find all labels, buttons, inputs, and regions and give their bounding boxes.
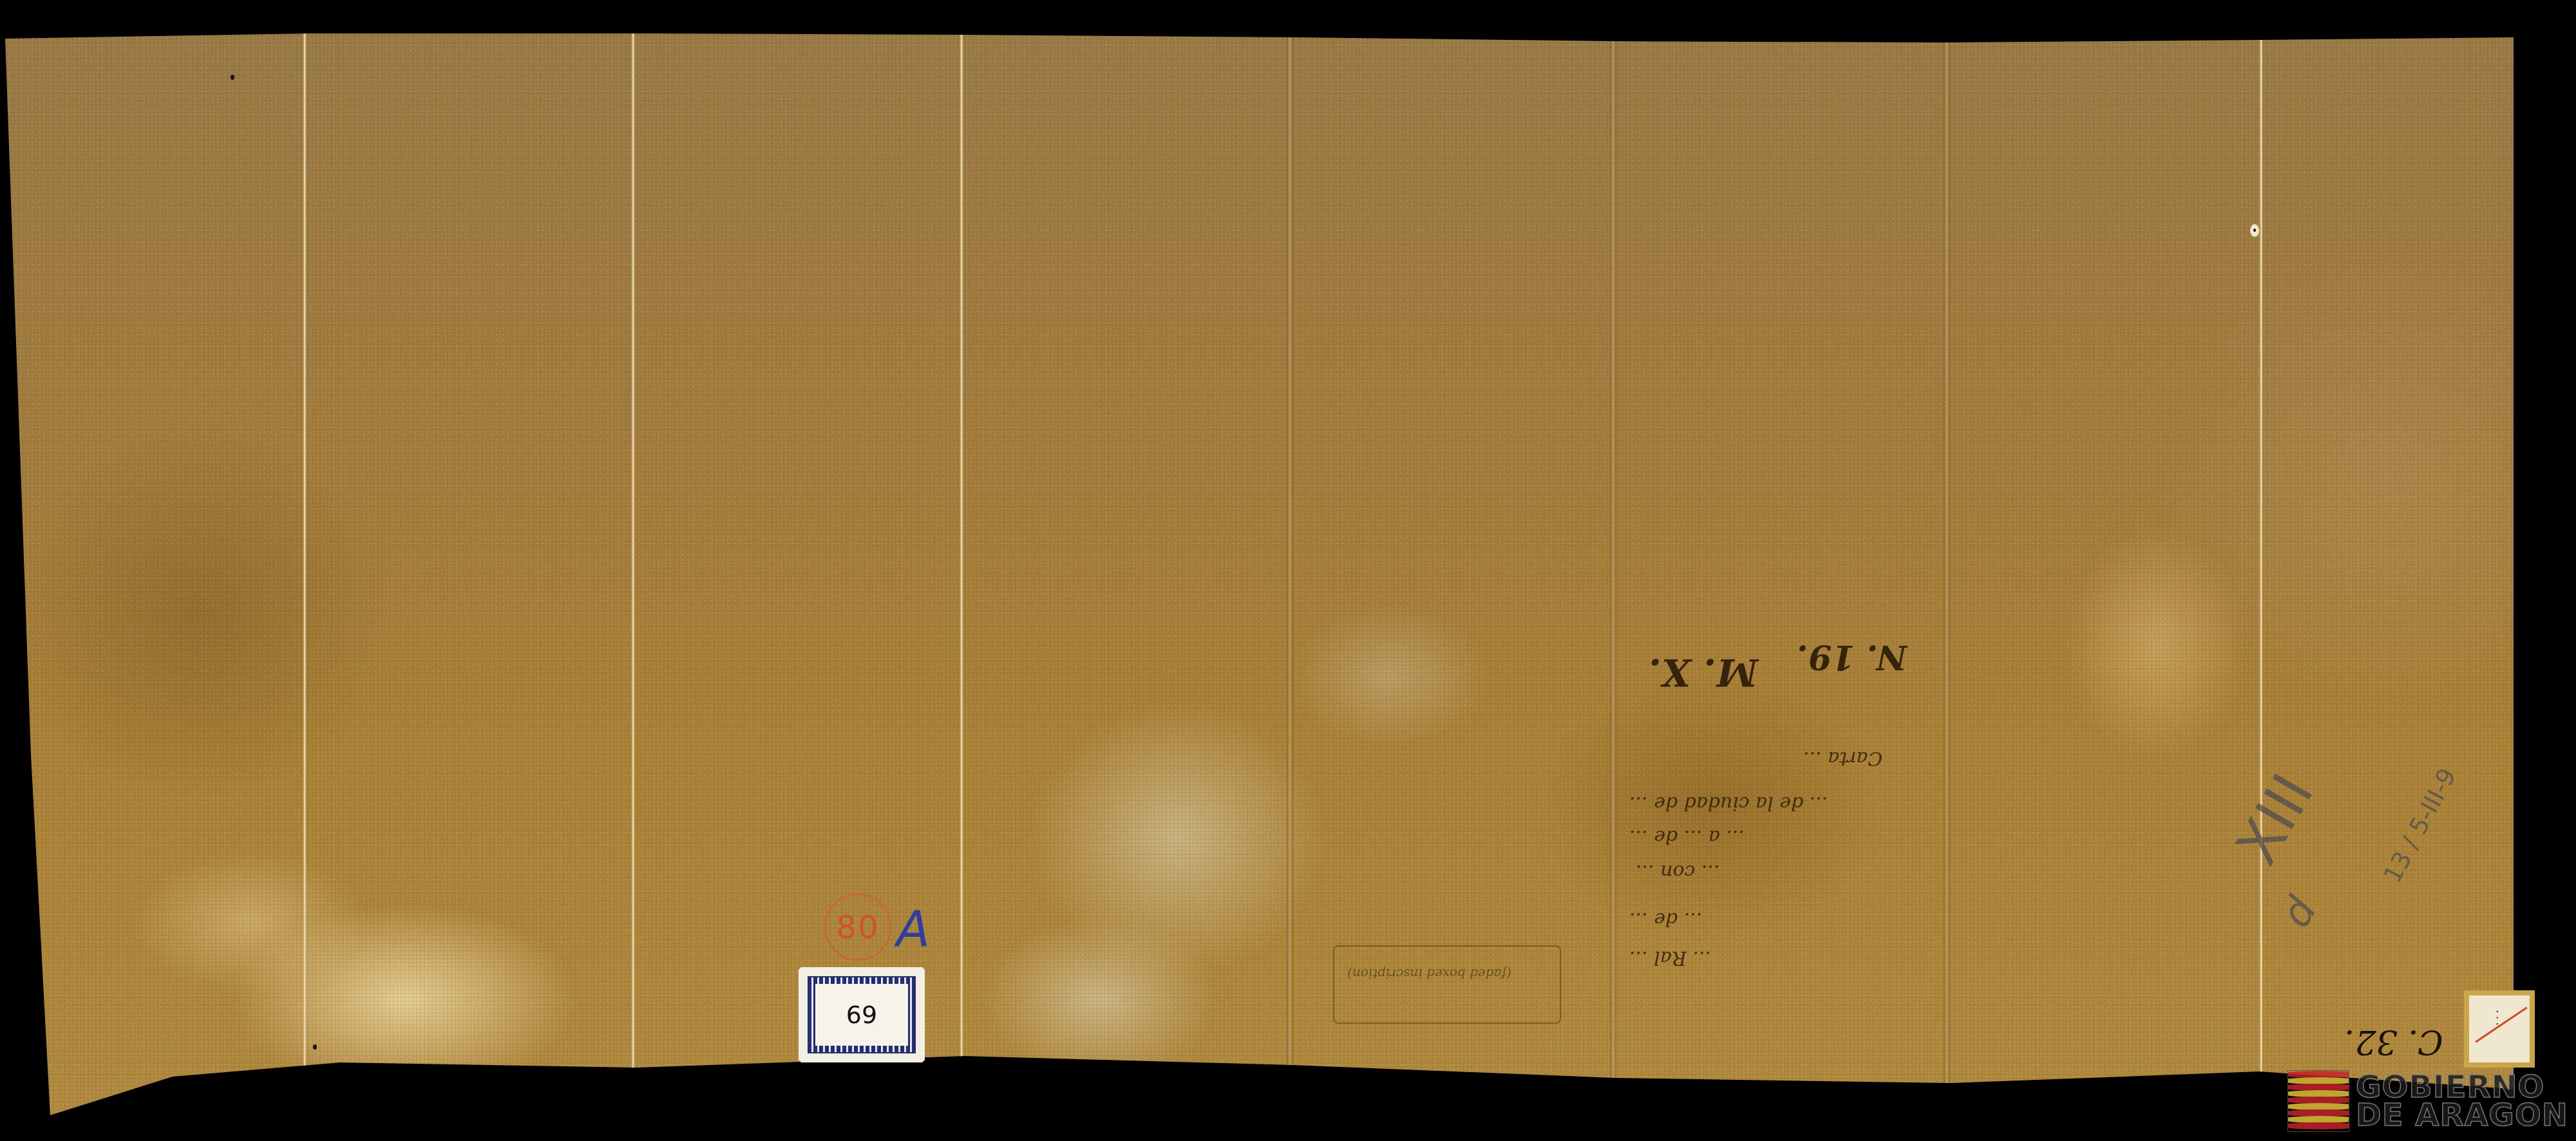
parchment-document bbox=[5, 33, 2514, 1115]
fold-line bbox=[1944, 33, 1950, 1115]
inventory-number: 69 bbox=[846, 1001, 877, 1029]
aragon-flag-icon bbox=[2287, 1070, 2349, 1132]
shelf-label-strike bbox=[2475, 1006, 2527, 1042]
parchment-grain bbox=[5, 33, 2514, 1115]
inventory-label-border: 69 bbox=[808, 976, 916, 1053]
fold-line bbox=[1610, 33, 1616, 1115]
fold-line bbox=[960, 33, 963, 1115]
inventory-label: 69 bbox=[799, 967, 925, 1062]
letter-mark: A bbox=[896, 900, 930, 957]
sewing-hole bbox=[2250, 224, 2259, 237]
endorsement-line: Carta ... bbox=[1803, 747, 1882, 769]
endorsement-line: ... con ... bbox=[1636, 860, 1719, 883]
boxed-note-text: (faded boxed inscription) bbox=[1347, 966, 1511, 981]
endorsement-line: ... de ... bbox=[1629, 908, 1702, 930]
archival-signature-line2: N. 19. bbox=[1797, 637, 1907, 677]
circled-reference-stamp: 80 bbox=[824, 894, 891, 961]
circled-reference-number: 80 bbox=[836, 909, 880, 946]
fold-line bbox=[1287, 33, 1293, 1115]
fold-line bbox=[2259, 33, 2263, 1115]
gobierno-de-aragon-watermark: GOBIERNO DE ARAGON bbox=[2287, 1070, 2568, 1132]
archival-signature-line1: M. X. bbox=[1649, 650, 1758, 694]
ink-speck bbox=[231, 75, 234, 80]
endorsement-line: ... de la ciudad de ... bbox=[1629, 792, 1828, 815]
endorsement-line: ... a ... de ... bbox=[1629, 825, 1745, 848]
boxed-note: (faded boxed inscription) bbox=[1333, 945, 1561, 1024]
endorsement-line: ... Ral ... bbox=[1629, 947, 1711, 969]
fold-line bbox=[631, 33, 635, 1115]
ink-speck bbox=[313, 1044, 317, 1050]
fold-line bbox=[303, 33, 307, 1115]
shelf-label-text: ... bbox=[2488, 1008, 2501, 1027]
shelf-label: ... bbox=[2464, 990, 2535, 1068]
shelf-mark-ink: C. 32. bbox=[2344, 1023, 2443, 1061]
watermark-line2: DE ARAGON bbox=[2356, 1101, 2568, 1129]
